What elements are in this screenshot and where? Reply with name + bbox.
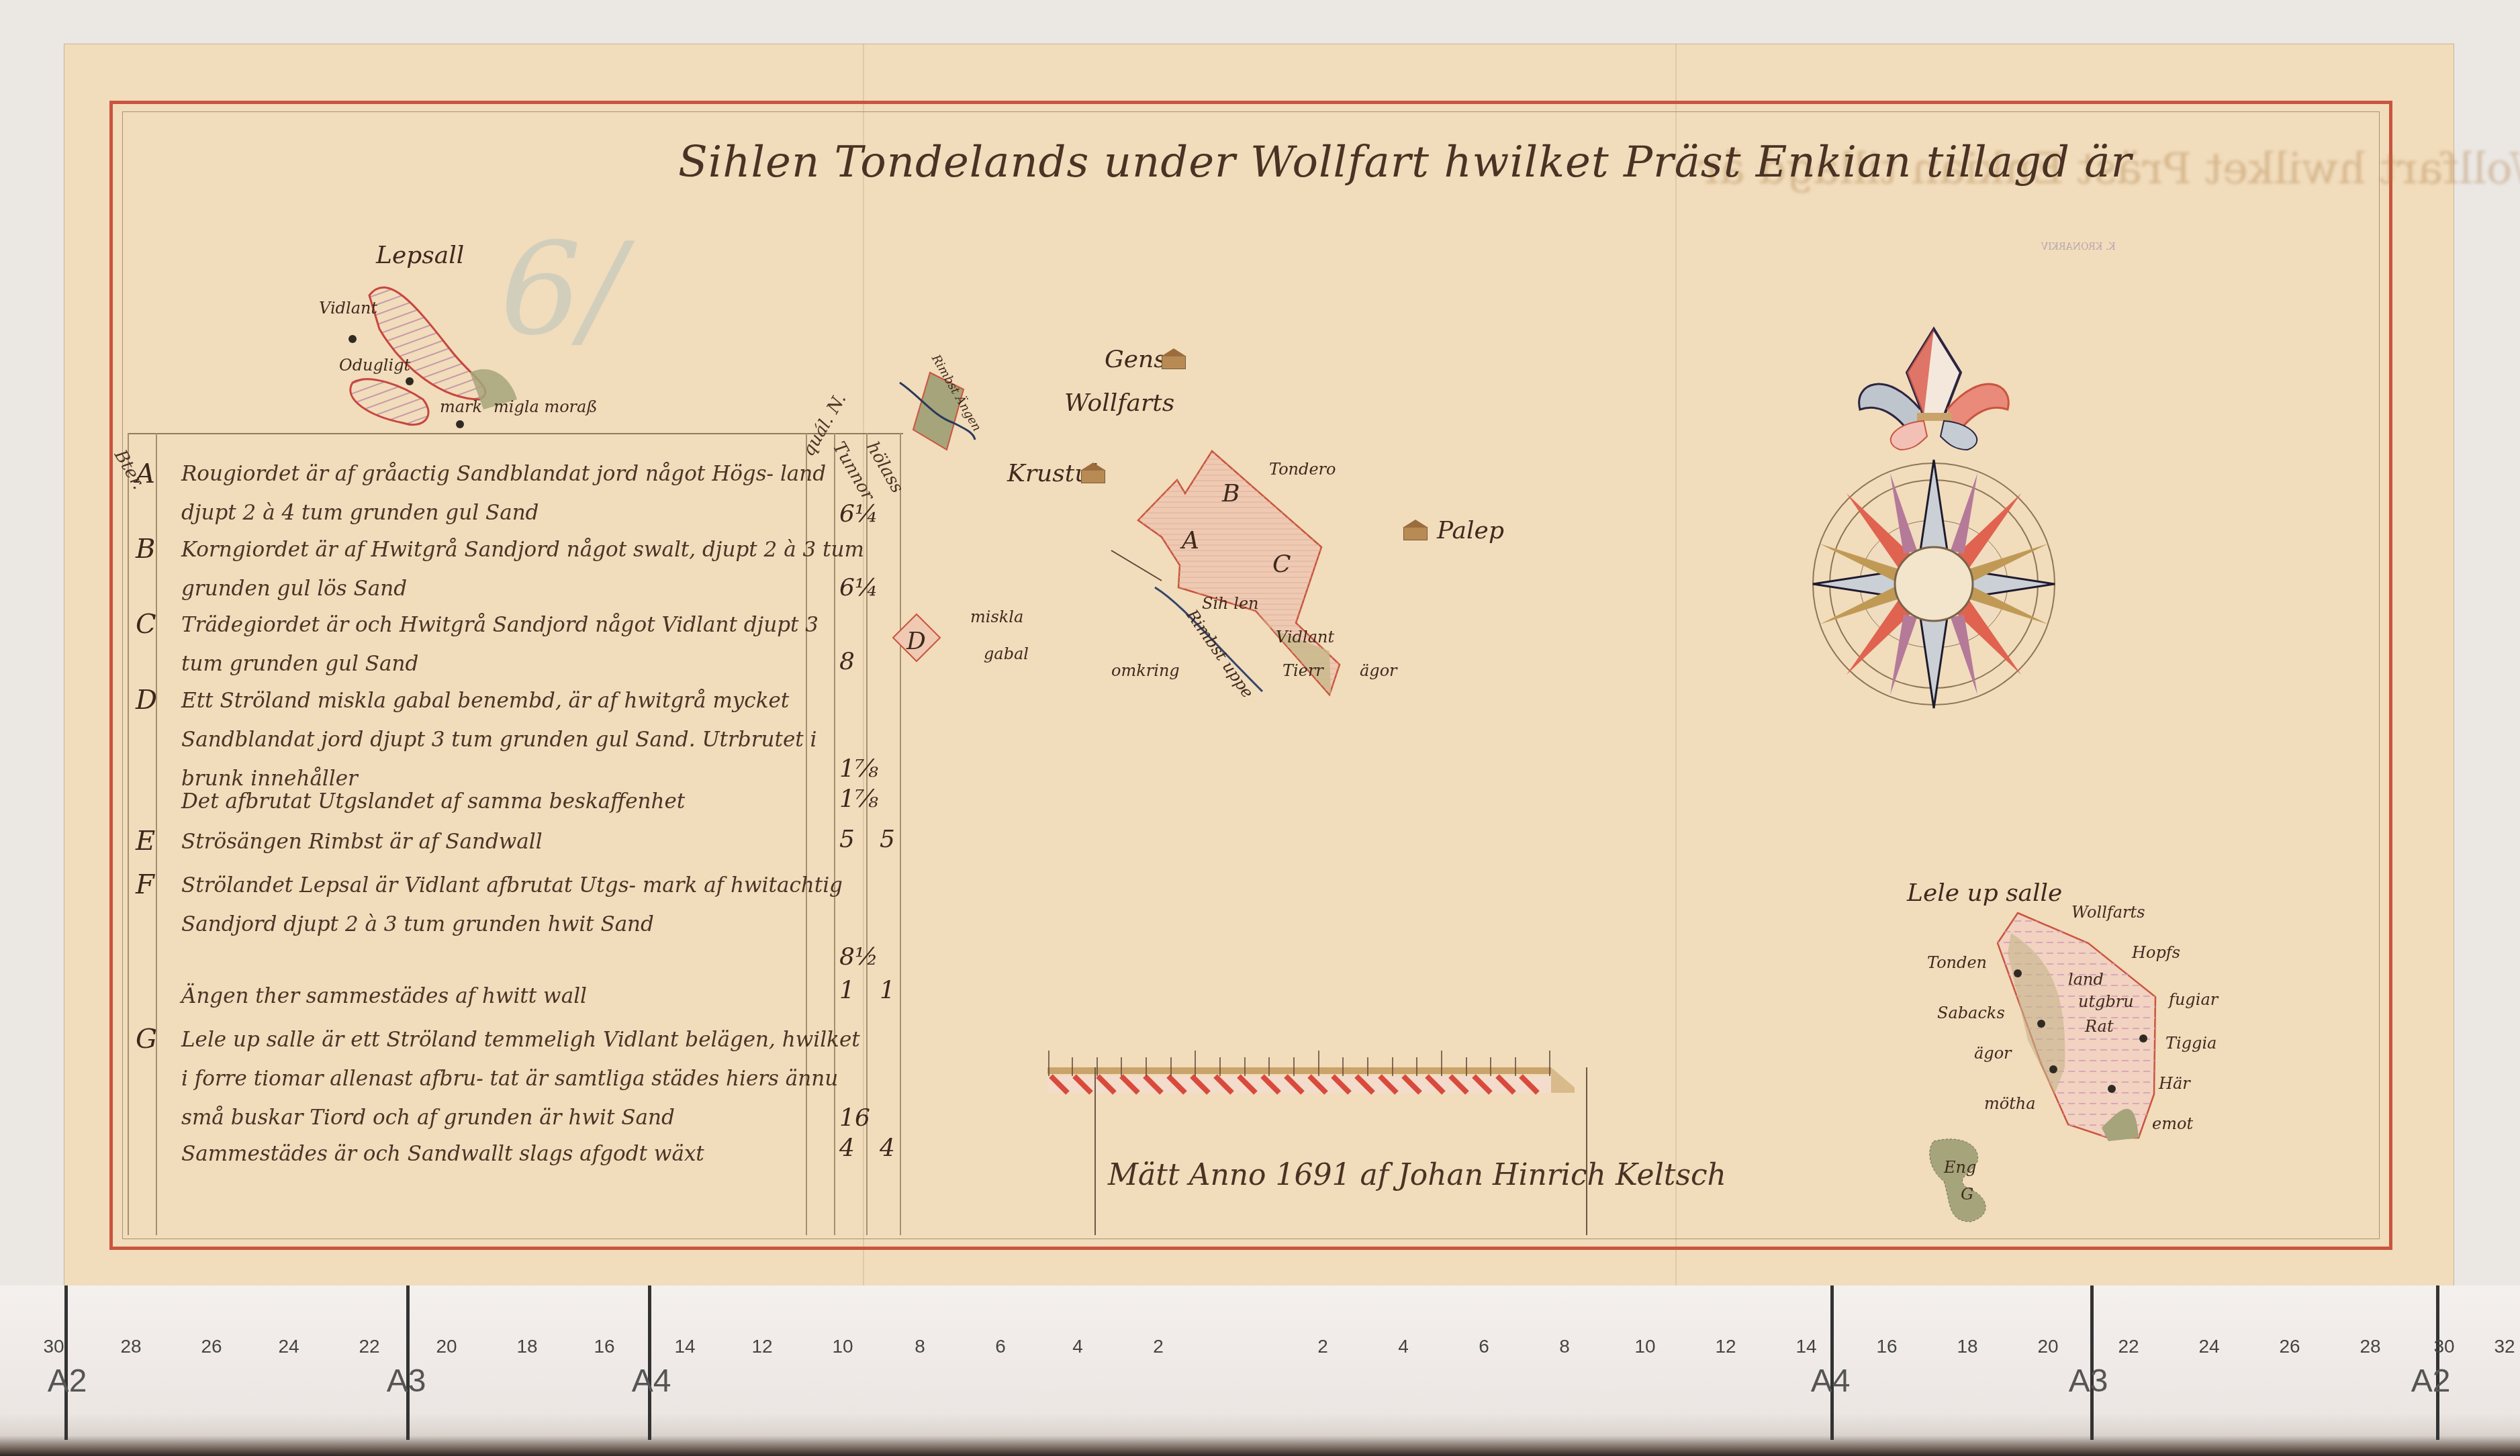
label-land: land [2068,970,2104,989]
legend-text-e: Strösängen Rimbst är af Sandwall [181,822,866,861]
legend-value-d2: 1⅞ [839,785,878,813]
sihlen-map-center: Gens Wollfarts Krustul Tondero Palep B A… [873,322,1544,698]
compass-rose [1806,322,2061,712]
label-miskla: miskla [970,608,1023,626]
ruler-number: 26 [201,1336,222,1357]
ruler-number: 16 [1876,1336,1897,1357]
legend-text-f: Strölandet Lepsal är Vidlant afbrutat Ut… [181,866,866,944]
ruler-number: 20 [436,1336,457,1357]
legend-value-g2b: 4 [880,1134,895,1162]
ruler-number: 24 [278,1336,299,1357]
ruler-label-a4: A4 [632,1363,671,1400]
legend-value-d: 1⅞ [839,755,878,783]
house-icon-krustul [1081,470,1105,483]
label-hopfs: Hopfs [2132,943,2180,962]
ruler-number: 12 [1715,1336,1736,1357]
ruler-number: 30 [2433,1336,2454,1357]
surveyor-signature: Mätt Anno 1691 af Johan Hinrich Keltsch [1108,1158,1726,1192]
legend-letter-d: D [136,685,157,716]
ruler-number: 28 [2360,1336,2380,1357]
label-tiggia: Tiggia [2165,1034,2216,1053]
ruler-number: 20 [2037,1336,2058,1357]
ruler-number: 22 [2118,1336,2139,1357]
ruler-number: 18 [516,1336,537,1357]
legend-value-f2a: 1 [839,977,855,1004]
ruler-number: 10 [1634,1336,1655,1357]
lepsall-region: Lepsall Vidlant Odugligt mark migla mora… [289,242,692,436]
ruler-label-a4: A4 [1811,1363,1851,1400]
ruler-number: 4 [1398,1336,1409,1357]
ruler-number: 26 [2279,1336,2300,1357]
archive-stamp-small: K. KRONARKIV [2041,242,2116,252]
legend-text-a: Rougiordet är af gråactig Sandblandat jo… [181,454,866,532]
label-leleupsalle: Lele up salle [1907,879,2062,907]
ruler-number: 22 [359,1336,379,1357]
label-palep: Palep [1437,517,1504,544]
field-letter-a: A [1182,527,1199,554]
house-icon-gens [1162,356,1186,369]
legend-letter-a: A [136,458,155,489]
label-omkring: omkring [1111,661,1180,680]
label-g: G [1961,1185,1973,1204]
measuring-ruler: 30 28 26 24 22 20 18 16 14 12 10 8 6 4 2… [0,1285,2520,1456]
ruler-label-a2: A2 [2411,1363,2451,1400]
ruler-number: 16 [594,1336,614,1357]
ruler-label-a3: A3 [2069,1363,2108,1400]
legend-value-e1: 5 [839,826,855,853]
ruler-label-a3: A3 [387,1363,426,1400]
ruler-number: 8 [915,1336,925,1357]
legend-col-line [156,433,157,1235]
label-gens: Gens [1105,346,1166,373]
ruler-number: 14 [674,1336,695,1357]
legend-letter-g: G [136,1024,157,1055]
ruler-number: 12 [751,1336,772,1357]
label-motha: mötha [1984,1094,2036,1113]
label-tonden: Tonden [1927,953,1987,972]
lepsall-mark: mark [440,397,482,416]
label-eng: Eng [1944,1158,1976,1177]
ruler-number: 30 [43,1336,64,1357]
leleupsalle-fields [1907,873,2243,1249]
lepsall-vidlant: Vidlant [319,299,377,318]
legend-text-g: Lele up salle är ett Ströland temmeligh … [181,1020,866,1137]
lepsall-fields [289,242,692,436]
scale-cartouche [1094,1067,1587,1235]
ruler-number: 2 [1153,1336,1164,1357]
label-wollfarts: Wollfarts [1064,389,1174,417]
label-wollfarts-2: Wollfarts [2071,903,2145,922]
ruler-number: 32 [2494,1336,2515,1357]
label-har: Här [2159,1074,2190,1093]
legend-letter-c: C [136,609,156,640]
legend-text-g2: Sammestädes är och Sandwallt slags afgod… [181,1134,866,1173]
legend-text-d: Ett Ströland miskla gabal benembd, är af… [181,681,866,798]
ruler-number: 2 [1317,1336,1328,1357]
legend-value-f2b: 1 [880,977,895,1004]
label-tondero: Tondero [1269,460,1336,479]
ruler-number: 18 [1957,1336,1977,1357]
legend-text-d2: Det afbrutat Utgslandet af samma beskaff… [181,782,866,821]
legend-text-c: Trädegiordet är och Hwitgrå Sandjord någ… [181,605,866,683]
ruler-number: 4 [1072,1336,1083,1357]
legend-text-b: Korngiordet är af Hwitgrå Sandjord något… [181,530,866,608]
house-icon-palep [1403,527,1428,540]
ruler-number: 10 [832,1336,853,1357]
label-agor: ägor [1360,661,1397,680]
ruler-number: 8 [1559,1336,1570,1357]
ruler-number: 6 [995,1336,1006,1357]
legend-table: Bter. quál. N. Tunnor hölass A Rougiorde… [128,433,903,1235]
label-agor-2: ägor [1974,1044,2012,1063]
label-utgbru: utgbru [2078,992,2134,1011]
label-gabal: gabal [984,644,1029,663]
legend-letter-f: F [136,869,154,900]
label-fugiar: fugiar [2169,990,2218,1009]
label-emot: emot [2152,1114,2193,1133]
legend-value-c: 8 [839,648,855,675]
legend-value-g: 16 [839,1104,870,1132]
label-tierr: Tierr [1282,661,1323,680]
label-rat: Rat [2085,1017,2114,1036]
compass-rose-icon [1806,322,2061,712]
label-vidlant-mark: Vidlant [1276,628,1334,646]
ruler-label-a2: A2 [48,1363,87,1400]
legend-value-g2a: 4 [839,1134,855,1162]
label-sabacks: Sabacks [1937,1004,2005,1022]
label-sihlen: Sih len [1202,594,1259,613]
ruler-number: 14 [1795,1336,1816,1357]
lepsall-migla-moras: migla moraß [494,397,597,416]
legend-col-line [128,433,129,1235]
field-letter-d: D [906,628,926,655]
legend-value-f: 8½ [839,943,878,971]
map-title: Sihlen Tondelands under Wollfart hwilket… [678,138,2132,187]
ruler-number: 28 [120,1336,141,1357]
fleur-de-lis-icon [1859,329,2009,450]
field-letter-c: C [1272,550,1291,578]
legend-letter-e: E [136,826,155,857]
legend-text-f2: Ängen ther sammestädes af hwitt wall [181,977,866,1016]
legend-value-e2: 5 [880,826,895,853]
ruler-number: 6 [1479,1336,1489,1357]
field-letter-b: B [1222,480,1240,507]
legend-top-rule [128,433,903,434]
ruler-number: 24 [2198,1336,2219,1357]
leleupsalle-region: Lele up salle Wollfarts Tonden Sabacks ä… [1907,873,2243,1249]
lepsall-odugligt: Odugligt [339,356,410,375]
legend-letter-b: B [136,534,155,565]
